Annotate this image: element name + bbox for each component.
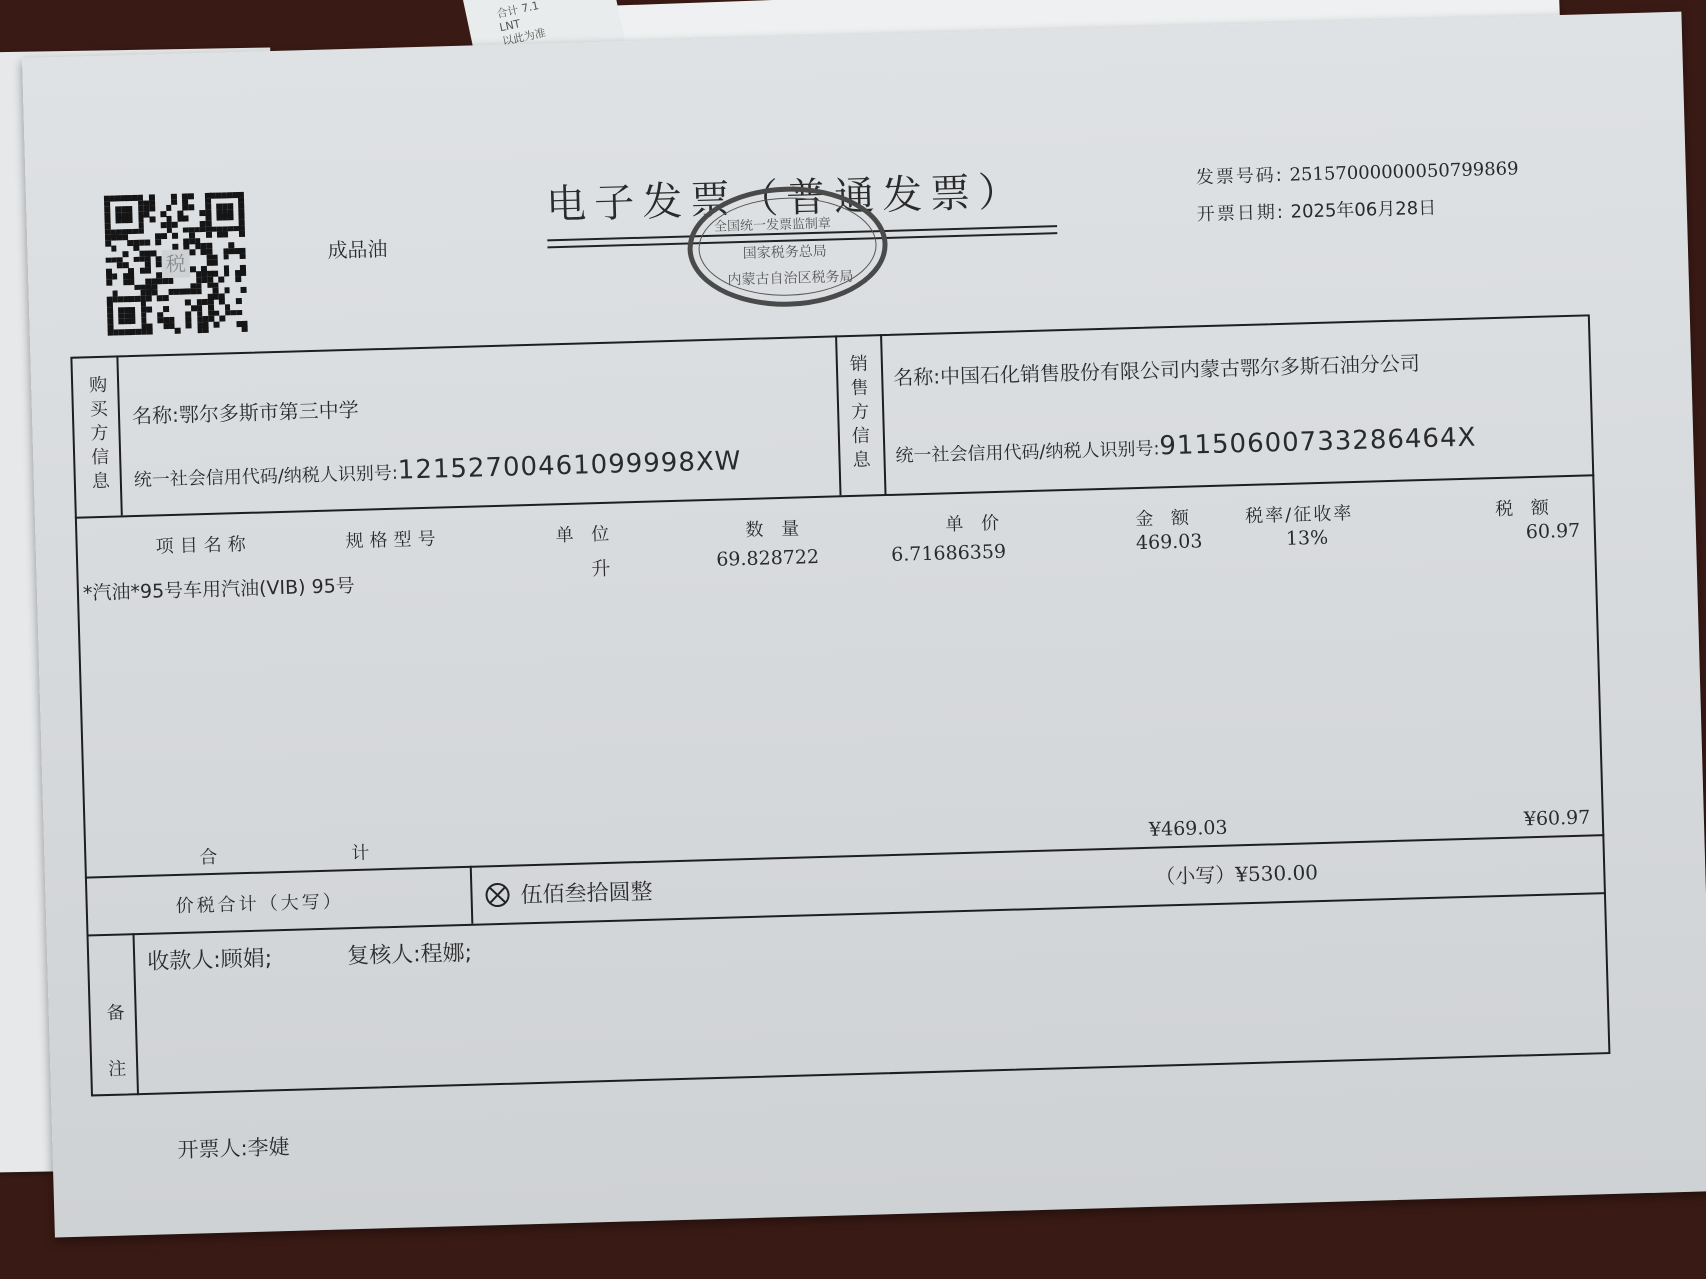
total-amount: ¥469.03 [1149, 817, 1228, 841]
invoice-category: 成品油 [327, 233, 388, 264]
col-item-name: 项目名称 [155, 530, 252, 559]
item-unit: 升 [591, 554, 611, 582]
buyer-section-label: 购买方信息 [83, 374, 116, 495]
remarks-label: 备注 [100, 985, 133, 1098]
item-tax-rate: 13% [1286, 527, 1329, 550]
qr-code: 税 [104, 192, 248, 336]
remarks-reviewer: 复核人:程娜; [347, 936, 473, 970]
tax-mark-icon: 税 [161, 249, 190, 278]
invoice-number: 发票号码: 25157000000050799869 [1195, 154, 1518, 189]
grand-total-uppercase: 伍佰叁拾圆整 [520, 875, 653, 910]
col-unit-price: 单 价 [945, 509, 1005, 537]
grand-total-label: 价税合计（大写） [175, 887, 344, 918]
issuer: 开票人:李婕 [177, 1131, 290, 1164]
total-label: 合 计 [199, 838, 390, 869]
col-amount: 金 额 [1135, 503, 1195, 531]
remarks-payee: 收款人:顾娟; [147, 941, 273, 975]
total-tax: ¥60.97 [1524, 807, 1591, 831]
item-quantity: 69.828722 [716, 546, 819, 571]
item-amount: 469.03 [1136, 530, 1203, 554]
col-tax: 税 额 [1495, 493, 1555, 521]
item-tax: 60.97 [1526, 520, 1581, 544]
col-spec: 规格型号 [345, 524, 442, 553]
grand-total-lowercase: （小写）¥530.00 [1155, 856, 1318, 890]
issue-date: 开票日期: 2025年06月28日 [1196, 194, 1436, 227]
col-quantity: 数 量 [745, 514, 805, 542]
invoice-sheet: 税 成品油 电子发票（普通发票） 全国统一发票监制章 国家税务总局 内蒙古自治区… [22, 12, 1706, 1238]
item-unit-price: 6.71686359 [891, 541, 1006, 566]
col-unit: 单 位 [555, 520, 615, 548]
col-tax-rate: 税率/征收率 [1245, 499, 1354, 528]
seller-section-label: 销售方信息 [844, 352, 877, 473]
